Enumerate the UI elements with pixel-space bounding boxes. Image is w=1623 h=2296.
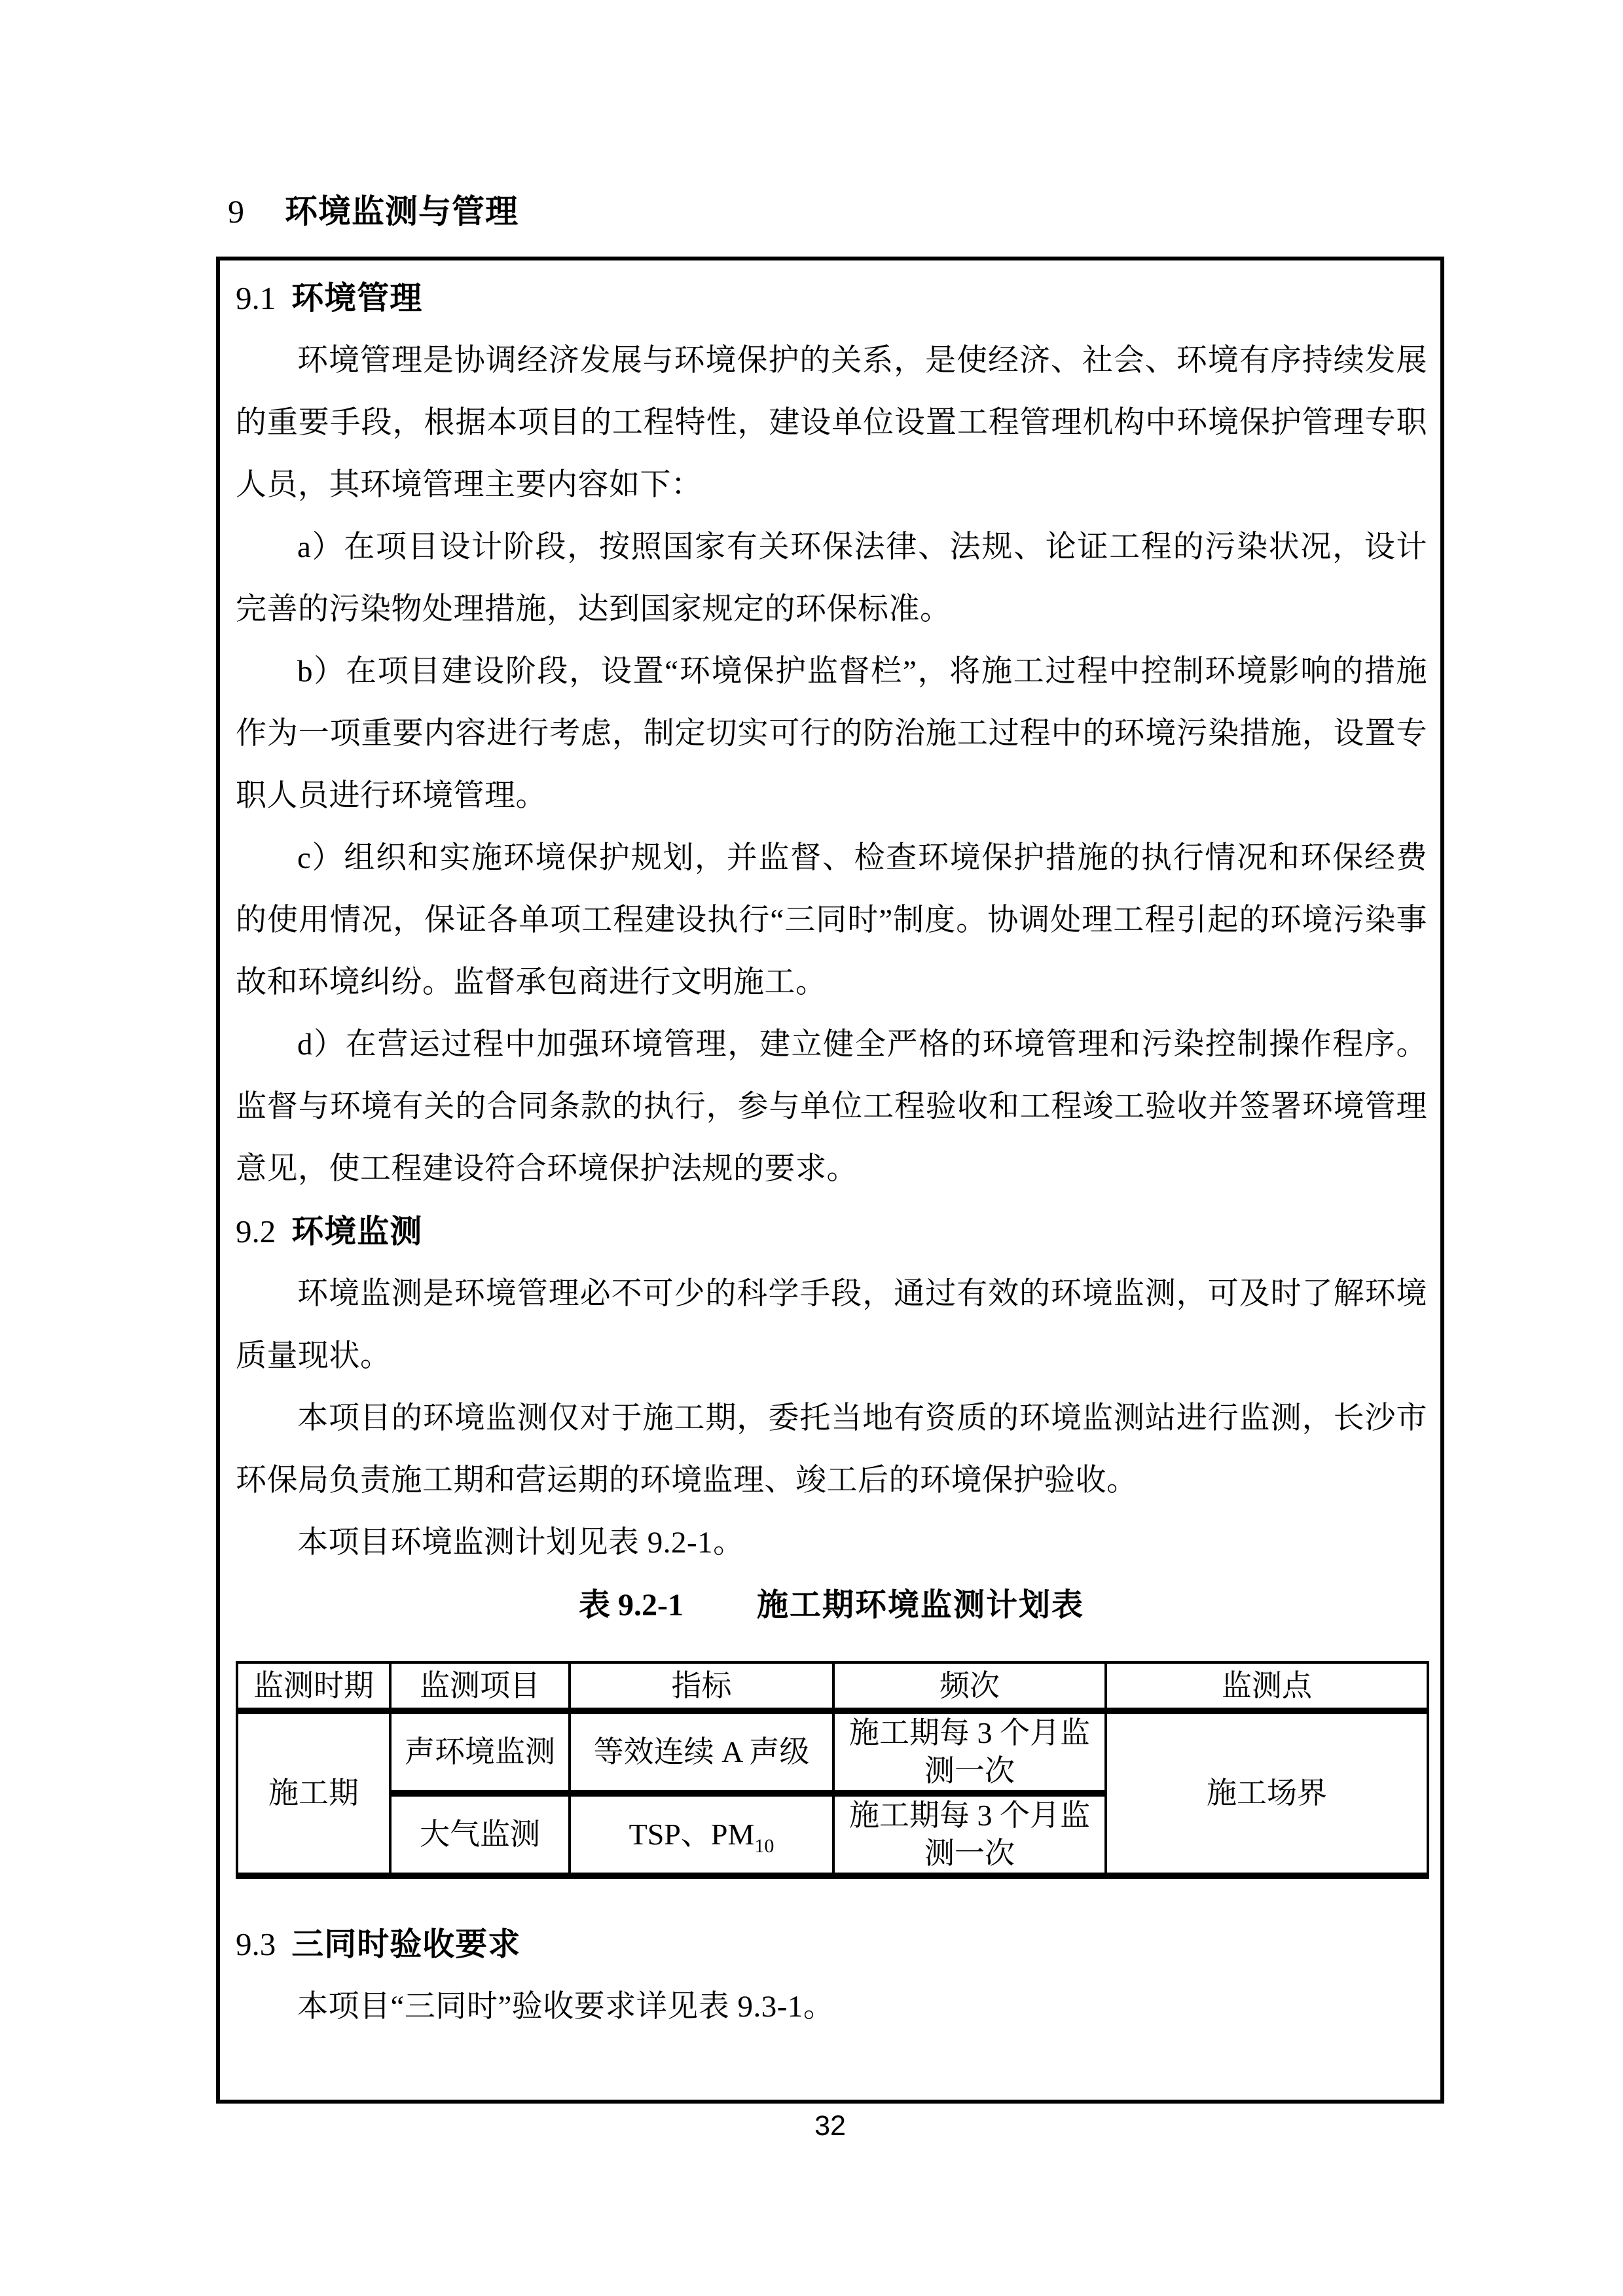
section-9-3-title: 三同时验收要求 xyxy=(291,1927,520,1962)
cell-air-indicator: TSP、PM10 xyxy=(570,1793,833,1876)
chapter-number: 9 xyxy=(228,193,244,230)
col-header-point: 监测点 xyxy=(1106,1662,1428,1711)
paragraph-9-1-item-a: a）在项目设计阶段，按照国家有关环保法律、法规、论证工程的污染状况，设计完善的污… xyxy=(236,516,1427,641)
col-header-frequency: 频次 xyxy=(833,1662,1106,1711)
paragraph-9-2-intro: 环境监测是环境管理必不可少的科学手段，通过有效的环境监测，可及时了解环境质量现状… xyxy=(236,1263,1427,1388)
table-caption-title: 施工期环境监测计划表 xyxy=(757,1588,1084,1623)
table-caption: 表 9.2-1施工期环境监测计划表 xyxy=(236,1574,1427,1636)
section-9-3-number: 9.3 xyxy=(236,1926,276,1962)
paragraph-9-2-table-ref: 本项目环境监测计划见表 9.2-1。 xyxy=(236,1512,1427,1574)
cell-air-indicator-subscript: 10 xyxy=(754,1835,774,1857)
section-9-2-number: 9.2 xyxy=(236,1213,276,1249)
section-9-3-heading: 9.3三同时验收要求 xyxy=(236,1913,1427,1976)
section-9-1-number: 9.1 xyxy=(236,280,276,316)
cell-period: 施工期 xyxy=(237,1711,390,1876)
section-9-2-title: 环境监测 xyxy=(291,1214,422,1249)
cell-noise-indicator: 等效连续 A 声级 xyxy=(570,1711,833,1793)
chapter-heading: 9环境监测与管理 xyxy=(228,191,519,232)
col-header-project: 监测项目 xyxy=(390,1662,570,1711)
chapter-title-text: 环境监测与管理 xyxy=(285,193,519,230)
table-header-row: 监测时期 监测项目 指标 频次 监测点 xyxy=(237,1662,1428,1711)
table-row-noise: 施工期 声环境监测 等效连续 A 声级 施工期每 3 个月监测一次 施工场界 xyxy=(237,1711,1428,1793)
cell-air-project: 大气监测 xyxy=(390,1793,570,1876)
paragraph-9-1-intro: 环境管理是协调经济发展与环境保护的关系，是使经济、社会、环境有序持续发展的重要手… xyxy=(236,330,1427,516)
paragraph-9-1-item-c: c）组织和实施环境保护规划，并监督、检查环境保护措施的执行情况和环保经费的使用情… xyxy=(236,827,1427,1014)
section-9-1-heading: 9.1环境管理 xyxy=(236,267,1427,330)
paragraph-9-1-item-b: b）在项目建设阶段，设置“环境保护监督栏”，将施工过程中控制环境影响的措施作为一… xyxy=(236,641,1427,827)
paragraph-9-2-scope: 本项目的环境监测仅对于施工期，委托当地有资质的环境监测站进行监测，长沙市环保局负… xyxy=(236,1388,1427,1512)
document-page: 9环境监测与管理 9.1环境管理 环境管理是协调经济发展与环境保护的关系，是使经… xyxy=(0,0,1623,2296)
cell-air-indicator-main: TSP、PM xyxy=(629,1818,755,1851)
content-border-box: 9.1环境管理 环境管理是协调经济发展与环境保护的关系，是使经济、社会、环境有序… xyxy=(216,257,1444,2104)
paragraph-9-1-item-d: d）在营运过程中加强环境管理，建立健全严格的环境管理和污染控制操作程序。监督与环… xyxy=(236,1014,1427,1200)
cell-monitor-point: 施工场界 xyxy=(1106,1711,1428,1876)
cell-noise-frequency: 施工期每 3 个月监测一次 xyxy=(833,1711,1106,1793)
table-caption-label: 表 9.2-1 xyxy=(579,1588,684,1623)
paragraph-9-3-table-ref: 本项目“三同时”验收要求详见表 9.3-1。 xyxy=(236,1976,1427,2038)
page-number: 32 xyxy=(216,2110,1444,2142)
section-9-1-title: 环境管理 xyxy=(291,281,422,316)
cell-noise-project: 声环境监测 xyxy=(390,1711,570,1793)
col-header-period: 监测时期 xyxy=(237,1662,390,1711)
section-9-2-heading: 9.2环境监测 xyxy=(236,1200,1427,1263)
cell-air-frequency: 施工期每 3 个月监测一次 xyxy=(833,1793,1106,1876)
col-header-indicator: 指标 xyxy=(570,1662,833,1711)
monitoring-plan-table: 监测时期 监测项目 指标 频次 监测点 施工期 声环境监测 等效连续 A 声级 … xyxy=(236,1661,1429,1879)
